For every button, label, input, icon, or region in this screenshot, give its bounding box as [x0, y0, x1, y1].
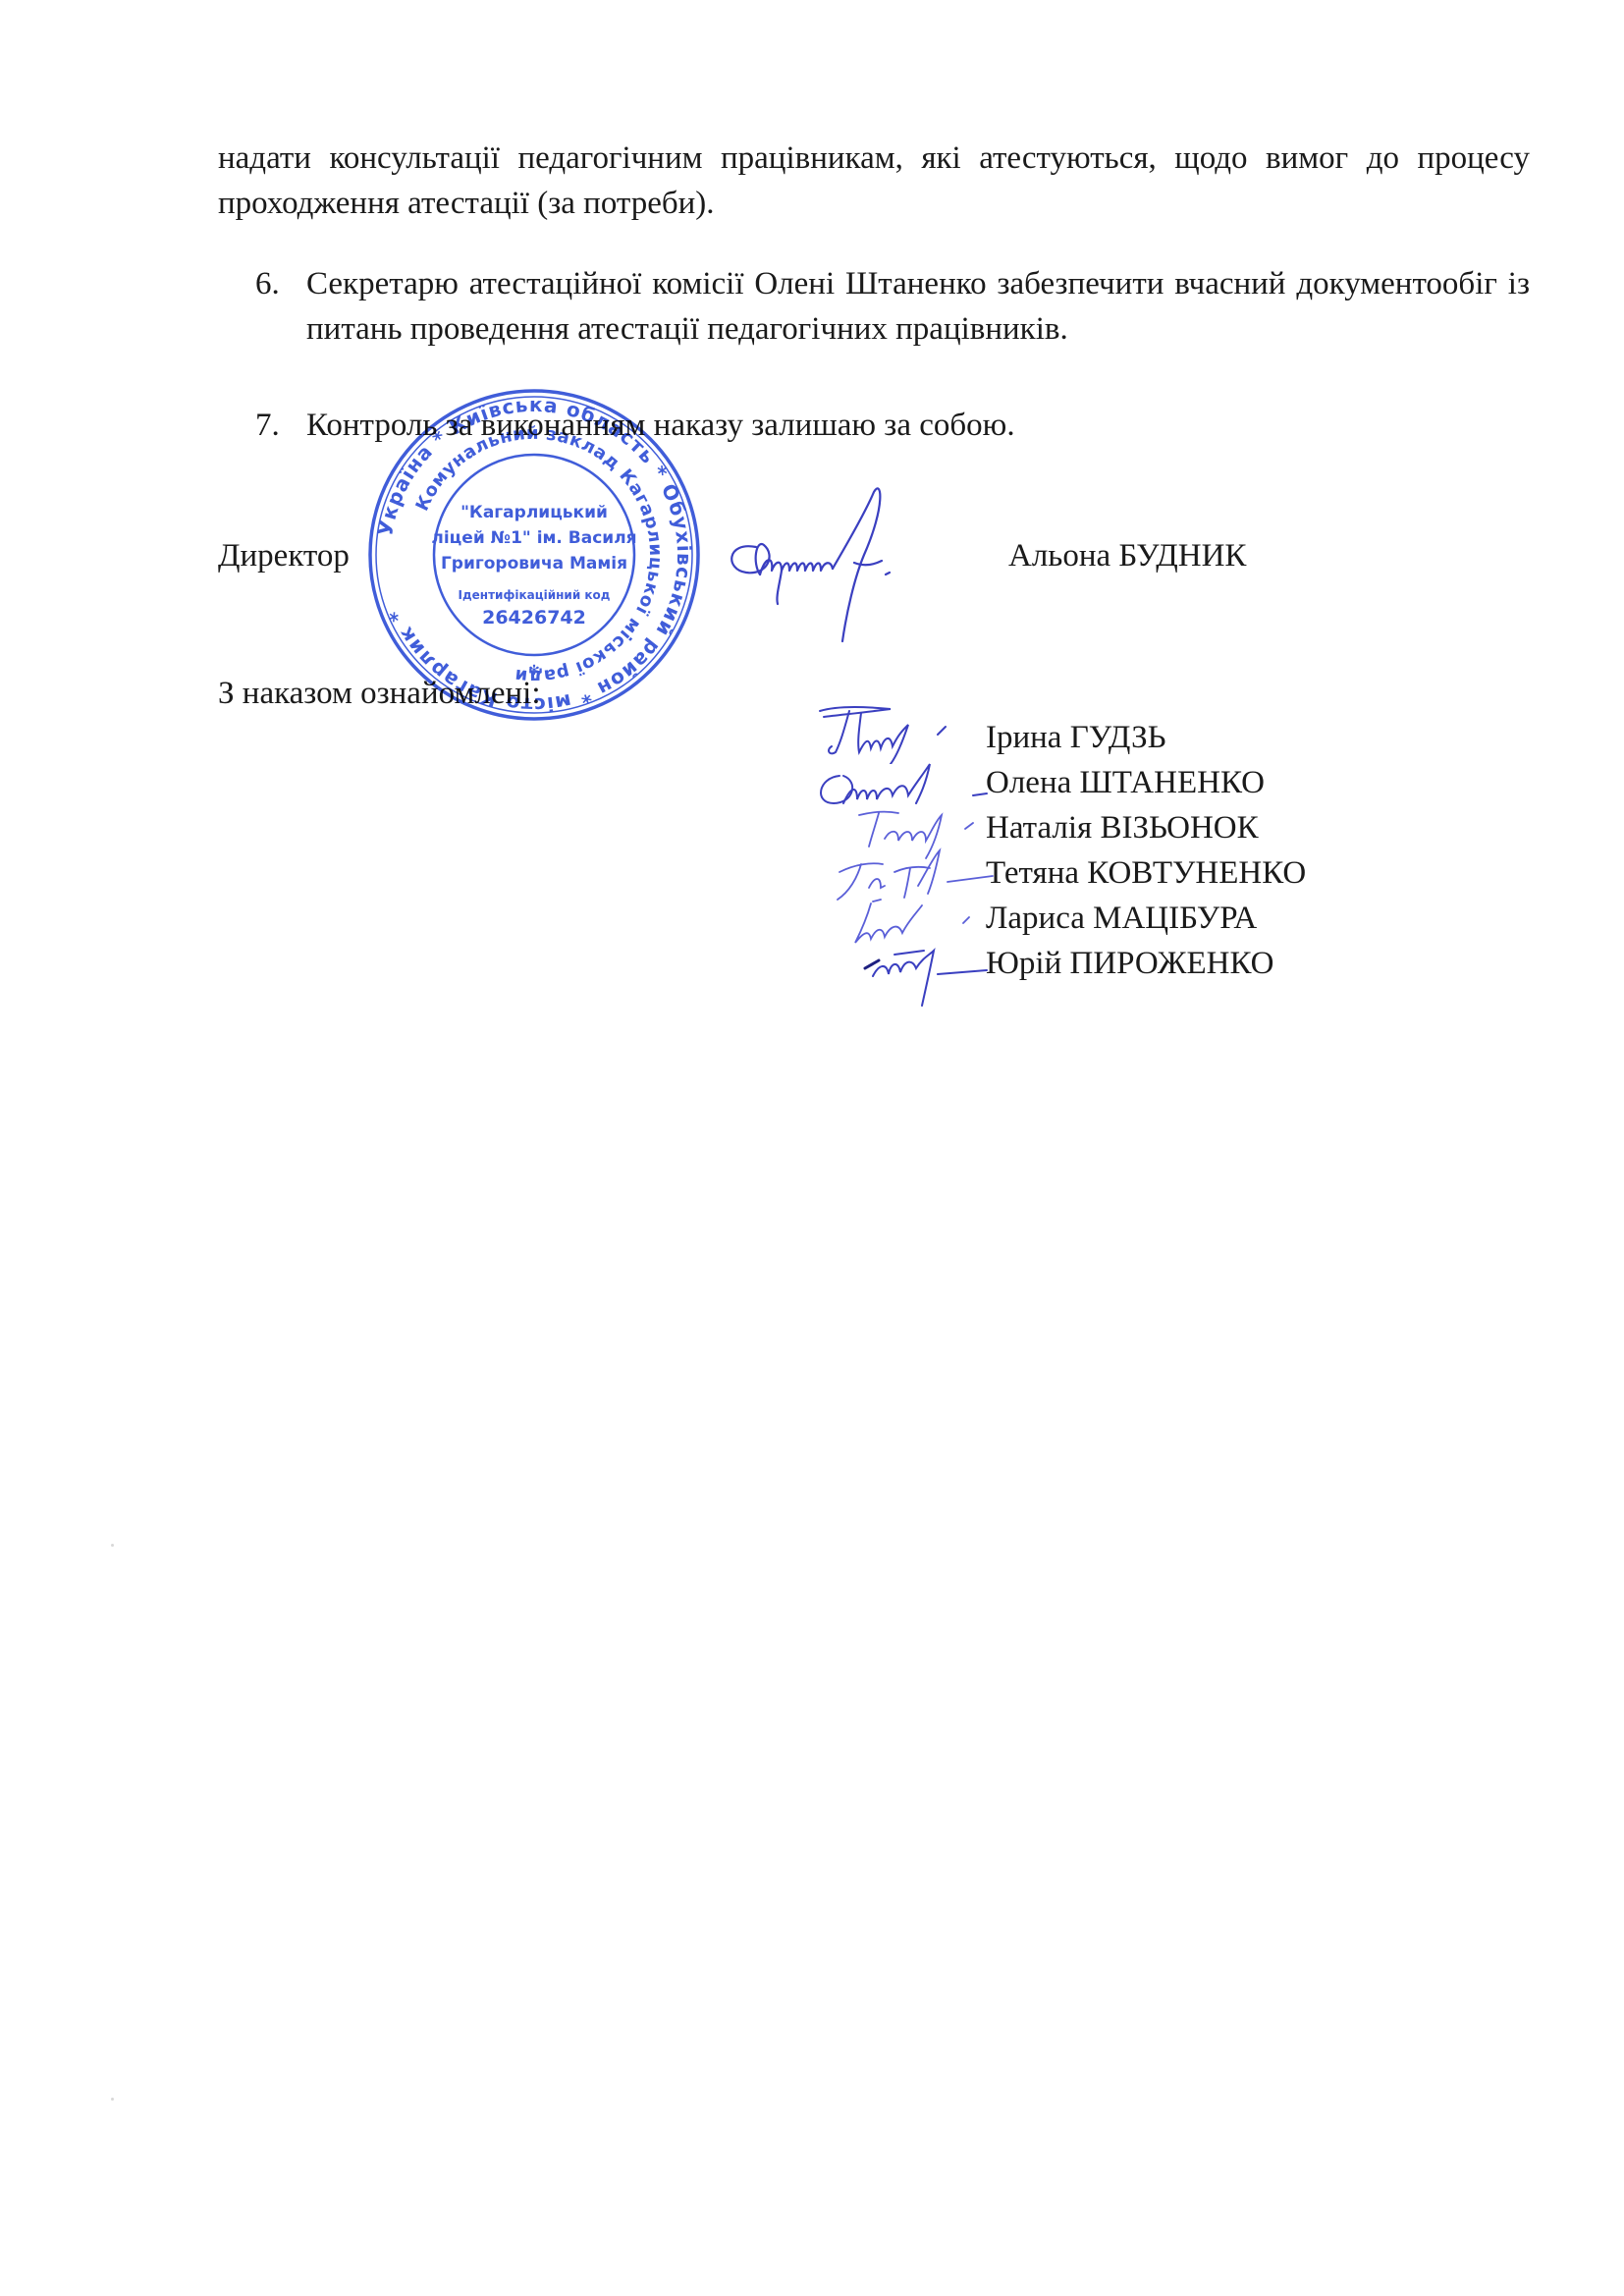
continuation-paragraph: надати консультації педагогічним працівн…	[218, 136, 1530, 226]
handwritten-signature-icon	[800, 801, 997, 860]
acquainted-name: Лариса МАЦІБУРА	[986, 896, 1306, 941]
list-item-text: Контроль за виконанням наказу залишаю за…	[306, 403, 1530, 448]
signature-kovtunenko	[800, 847, 997, 905]
stamp-center-line: Григоровича Мамія	[441, 554, 627, 574]
acquainted-name: Тетяна КОВТУНЕНКО	[986, 850, 1306, 896]
signature-matsibura	[800, 894, 997, 953]
handwritten-signature-icon	[800, 941, 997, 1019]
scan-speck	[111, 1544, 114, 1547]
stamp-id-label: Ідентифікаційний код	[459, 588, 611, 602]
list-item-number: 6.	[255, 261, 280, 306]
acquainted-label: З наказом ознайомлені:	[218, 671, 541, 716]
handwritten-signature-icon	[800, 894, 997, 953]
signature-pyrozhenko	[800, 941, 997, 1019]
acquainted-name: Юрій ПИРОЖЕНКО	[986, 941, 1306, 986]
handwritten-signature-icon	[800, 695, 997, 764]
signature-shtanenko	[800, 756, 997, 815]
list-item-text: Секретарю атестаційної комісії Олені Шта…	[306, 261, 1530, 352]
acquainted-name: Ірина ГУДЗЬ	[986, 715, 1306, 760]
svg-text:Комунальний заклад Кагарлицько: Комунальний заклад Кагарлицької міської …	[412, 423, 667, 686]
stamp-id-code: 26426742	[482, 607, 586, 629]
acquainted-name: Олена ШТАНЕНКО	[986, 760, 1306, 805]
scan-speck	[111, 2098, 114, 2101]
handwritten-signature-icon	[800, 756, 997, 815]
acquainted-name: Наталія ВІЗЬОНОК	[986, 805, 1306, 850]
list-item-number: 7.	[255, 403, 280, 448]
handwritten-signature-icon	[717, 476, 933, 653]
signature-gudz	[800, 695, 997, 764]
stamp-center-line: ліцей №1" ім. Василя	[431, 528, 636, 548]
director-position-label: Директор	[218, 533, 350, 578]
acquainted-names-list: Ірина ГУДЗЬ Олена ШТАНЕНКО Наталія ВІЗЬО…	[986, 715, 1306, 986]
director-signature	[717, 476, 933, 653]
document-page: надати консультації педагогічним працівн…	[0, 0, 1624, 2296]
director-name: Альона БУДНИК	[1008, 533, 1246, 578]
handwritten-signature-icon	[800, 847, 997, 905]
signature-vizonok	[800, 801, 997, 860]
stamp-inner-text: Комунальний заклад Кагарлицької міської …	[412, 423, 667, 686]
stamp-center-line: "Кагарлицький	[460, 503, 608, 522]
